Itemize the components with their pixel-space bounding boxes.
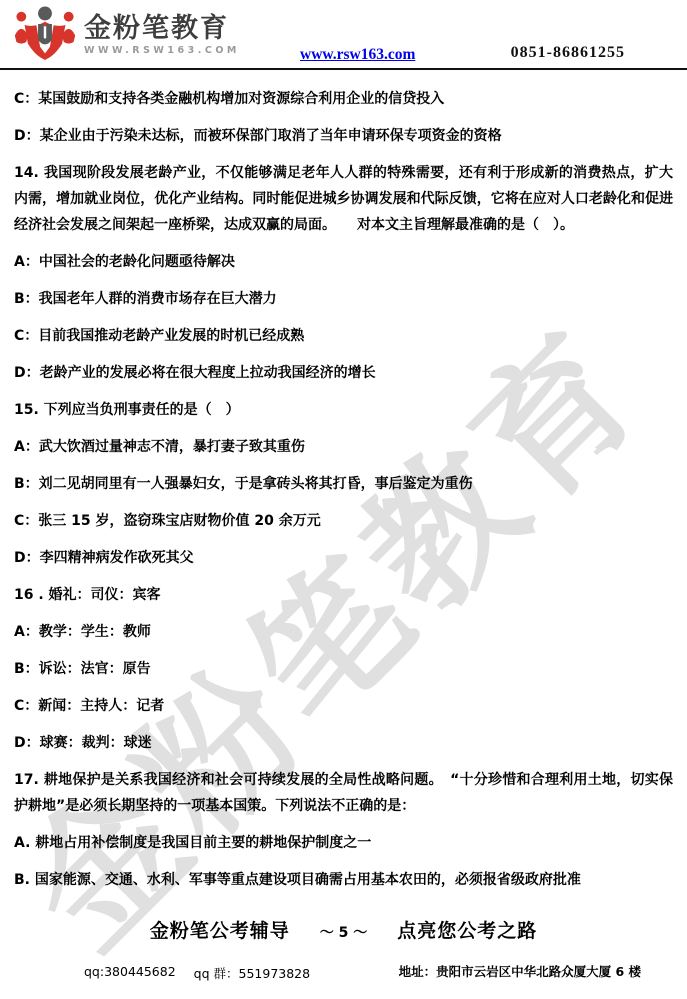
option-14-b: B：我国老年人群的消费市场存在巨大潜力 [14,286,673,312]
option-14-c: C：目前我国推动老龄产业发展的时机已经成熟 [14,323,673,349]
website-link[interactable]: www.rsw163.com [300,46,415,64]
brand-logo: 金粉笔教育 WWW.RSW163.COM [14,6,240,64]
option-16-c: C：新闻：主持人：记者 [14,693,673,719]
page-number: ～ 5 ～ [320,922,368,942]
question-17: 17. 耕地保护是关系我国经济和社会可持续发展的全局性战略问题。 “十分珍惜和合… [14,767,673,819]
brand-logo-icon [14,6,76,64]
qq-group-number: qq 群：551973828 [194,964,310,982]
footer-qq-contacts: qq:380445682 qq 群：551973828 [84,964,310,982]
question-15: 15. 下列应当负刑事责任的是（ ） [14,397,673,423]
option-16-d: D：球赛：裁判：球迷 [14,730,673,756]
phone-number: 0851-86861255 [511,44,625,62]
option-13-d: D：某企业由于污染未达标，而被环保部门取消了当年申请环保专项资金的资格 [14,123,673,149]
option-14-d: D：老龄产业的发展必将在很大程度上拉动我国经济的增长 [14,360,673,386]
footer-banner: 金粉笔公考辅导 ～ 5 ～ 点亮您公考之路 [0,916,687,943]
option-16-a: A：教学：学生：教师 [14,619,673,645]
brand-name: 金粉笔教育 [84,15,240,42]
option-15-b: B：刘二见胡同里有一人强暴妇女，于是拿砖头将其打昏，事后鉴定为重伤 [14,471,673,497]
question-16: 16 . 婚礼：司仪：宾客 [14,582,673,608]
option-15-c: C：张三 15 岁，盗窃珠宝店财物价值 20 余万元 [14,508,673,534]
option-16-b: B：诉讼：法官：原告 [14,656,673,682]
page-header: 金粉笔教育 WWW.RSW163.COM www.rsw163.com 0851… [0,0,687,70]
document-body: C：某国鼓励和支持各类金融机构增加对资源综合利用企业的信贷投入 D：某企业由于污… [0,70,687,904]
option-15-d: D：李四精神病发作砍死其父 [14,545,673,571]
footer-address: 地址：贵阳市云岩区中华北路众厦大厦 6 楼 [399,962,641,980]
question-14: 14. 我国现阶段发展老龄产业，不仅能够满足老年人人群的特殊需要，还有利于形成新… [14,160,673,238]
brand-site-caption: WWW.RSW163.COM [84,46,240,56]
footer-brand: 金粉笔公考辅导 [150,916,290,943]
option-13-c: C：某国鼓励和支持各类金融机构增加对资源综合利用企业的信贷投入 [14,86,673,112]
footer-slogan: 点亮您公考之路 [397,916,537,943]
option-17-b: B. 国家能源、交通、水利、军事等重点建设项目确需占用基本农田的，必须报省级政府… [14,867,673,893]
option-15-a: A：武大饮酒过量神志不清，暴打妻子致其重伤 [14,434,673,460]
footer-contact-row: qq:380445682 qq 群：551973828 地址：贵阳市云岩区中华北… [84,962,641,982]
option-17-a: A. 耕地占用补偿制度是我国目前主要的耕地保护制度之一 [14,830,673,856]
document-page: 金粉笔教育 [0,0,687,999]
option-14-a: A：中国社会的老龄化问题亟待解决 [14,249,673,275]
qq-number: qq:380445682 [84,964,176,982]
brand-logo-text: 金粉笔教育 WWW.RSW163.COM [84,15,240,56]
